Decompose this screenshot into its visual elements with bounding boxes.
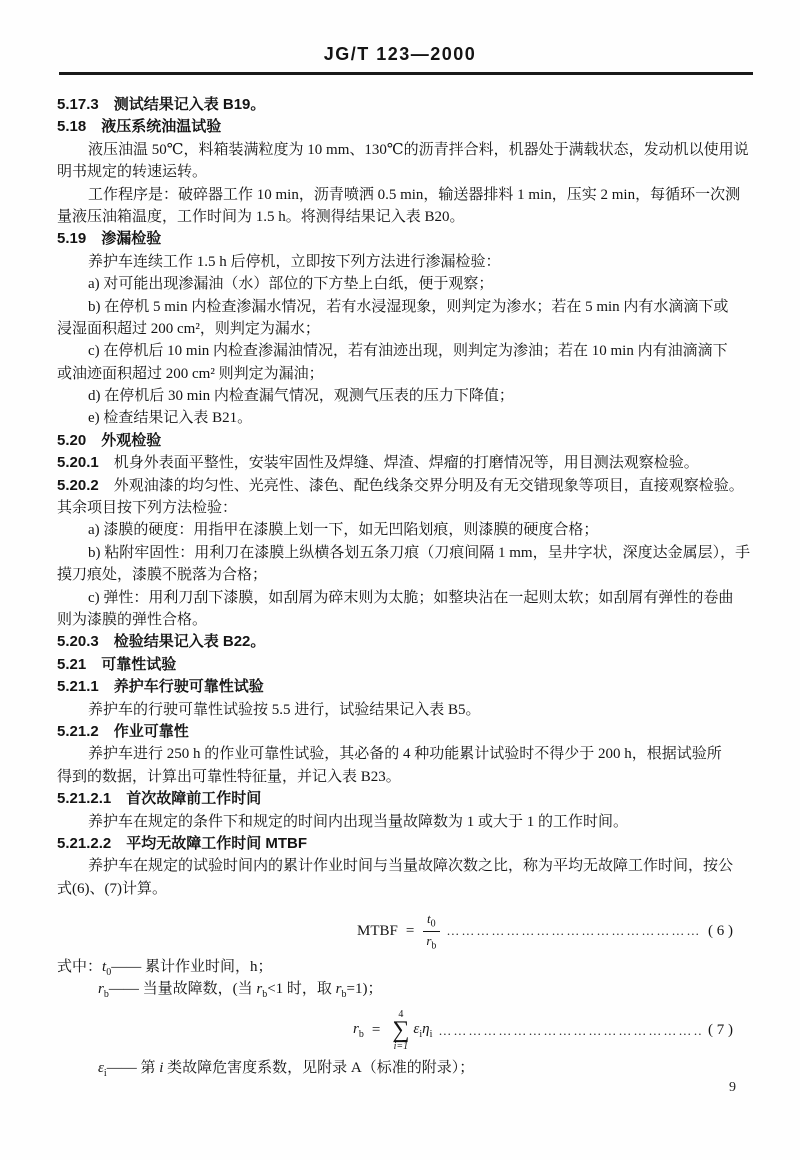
- text-line: 量液压油箱温度，工作时间为 1.5 h。将测得结果记入表 B20。: [57, 206, 749, 228]
- clause-heading-line: 5.17.3 测试结果记入表 B19。: [57, 94, 749, 116]
- dotted-leader: …………………………………………………………………………: [446, 923, 702, 939]
- eta-subscript: i: [430, 1029, 433, 1040]
- equals-sign: =: [406, 923, 414, 940]
- text-line: 5.20.2 外观油漆的均匀性、光亮性、漆色、配色线条交界分明及有无交错现象等项…: [57, 475, 749, 497]
- lhs-subscript: b: [359, 1029, 364, 1040]
- text-line: 养护车的行驶可靠性试验按 5.5 进行，试验结果记入表 B5。: [57, 699, 749, 721]
- lines-section-mid: 式中：t0—— 累计作业时间，h；rb—— 当量故障数，(当 rb<1 时，取 …: [57, 956, 749, 1001]
- clause-heading-line: 5.21.2.2 平均无故障工作时间 MTBF: [57, 833, 749, 855]
- text-line: c) 在停机后 10 min 内检查渗漏油情况，若有油迹出现，则判定为渗油；若在…: [57, 340, 749, 362]
- text-line: 养护车在规定的条件下和规定的时间内出现当量故障数为 1 或大于 1 的工作时间。: [57, 811, 749, 833]
- eta-variable: η: [422, 1021, 429, 1037]
- text-line: 浸湿面积超过 200 cm²，则判定为漏水；: [57, 318, 749, 340]
- text-line: 养护车在规定的试验时间内的累计作业时间与当量故障次数之比，称为平均无故障工作时间…: [57, 855, 749, 877]
- text-line: 摸刀痕处，漆膜不脱落为合格；: [57, 564, 749, 586]
- numerator-subscript: 0: [431, 919, 436, 930]
- page-header-title: JG/T 123—2000: [0, 44, 800, 65]
- lines-section-top: 5.17.3 测试结果记入表 B19。5.18 液压系统油温试验液压油温 50℃…: [57, 94, 749, 900]
- summation-symbol: 4 ∑ i=1: [392, 1010, 409, 1052]
- text-line: 养护车连续工作 1.5 h 后停机，立即按下列方法进行渗漏检验：: [57, 251, 749, 273]
- text-line: 式中：t0—— 累计作业时间，h；: [57, 956, 749, 978]
- text-line: 5.20.1 机身外表面平整性，安装牢固性及焊缝、焊渣、焊瘤的打磨情况等，用目测…: [57, 452, 749, 474]
- fraction: t0 rb: [422, 911, 440, 951]
- clause-heading-line: 5.21 可靠性试验: [57, 654, 749, 676]
- document-page: JG/T 123—2000 5.17.3 测试结果记入表 B19。5.18 液压…: [0, 0, 800, 1160]
- text-line: 则为漆膜的弹性合格。: [57, 609, 749, 631]
- formula-7-lhs: rb: [353, 1021, 364, 1040]
- formula-6-row: MTBF = t0 rb …………………………………………………………………………: [57, 906, 749, 956]
- clause-heading-line: 5.19 渗漏检验: [57, 228, 749, 250]
- text-line: a) 对可能出现渗漏油（水）部位的下方垫上白纸，便于观察；: [57, 273, 749, 295]
- text-line: 工作程序是：破碎器工作 10 min，沥青喷洒 0.5 min，输送器排料 1 …: [57, 184, 749, 206]
- text-line: c) 弹性：用利刀刮下漆膜，如刮屑为碎末则为太脆；如整块沾在一起则太软；如刮屑有…: [57, 587, 749, 609]
- text-line: d) 在停机后 30 min 内检查漏气情况，观测气压表的压力下降值；: [57, 385, 749, 407]
- text-line: b) 粘附牢固性：用利刀在漆膜上纵横各划五条刀痕（刀痕间隔 1 mm，呈井字状，…: [57, 542, 749, 564]
- document-body: 5.17.3 测试结果记入表 B19。5.18 液压系统油温试验液压油温 50℃…: [57, 94, 749, 1079]
- clause-heading-line: 5.21.1 养护车行驶可靠性试验: [57, 676, 749, 698]
- text-line: 式(6)、(7)计算。: [57, 878, 749, 900]
- text-line: e) 检查结果记入表 B21。: [57, 407, 749, 429]
- text-line: rb—— 当量故障数，(当 rb<1 时，取 rb=1)；: [57, 978, 749, 1000]
- text-line: 其余项目按下列方法检验：: [57, 497, 749, 519]
- text-line: εi—— 第 i 类故障危害度系数，见附录 A（标准的附录）；: [57, 1057, 749, 1079]
- formula-6-lhs: MTBF: [357, 923, 398, 940]
- summation-body: εiηi: [413, 1021, 432, 1040]
- fraction-numerator: t0: [423, 911, 440, 932]
- text-line: 明书规定的转速运转。: [57, 161, 749, 183]
- text-line: b) 在停机 5 min 内检查渗漏水情况，若有水浸湿现象，则判定为渗水；若在 …: [57, 296, 749, 318]
- text-line: 液压油温 50℃，料箱装满粒度为 10 mm、130℃的沥青拌合料，机器处于满载…: [57, 139, 749, 161]
- equals-sign: =: [372, 1022, 380, 1039]
- sigma-glyph: ∑: [392, 1020, 409, 1042]
- page-number: 9: [729, 1080, 736, 1096]
- header-rule: [59, 72, 753, 75]
- dotted-leader: …………………………………………………………………………: [438, 1023, 702, 1039]
- equation-number: ( 7 ): [708, 1022, 733, 1039]
- clause-heading-line: 5.20 外观检验: [57, 430, 749, 452]
- formula-7-row: rb = 4 ∑ i=1 εiηi ……………………………………………………………: [57, 1005, 749, 1057]
- clause-heading-line: 5.20.3 检验结果记入表 B22。: [57, 631, 749, 653]
- clause-heading-line: 5.21.2.1 首次故障前工作时间: [57, 788, 749, 810]
- text-line: a) 漆膜的硬度：用指甲在漆膜上划一下，如无凹陷划痕，则漆膜的硬度合格；: [57, 519, 749, 541]
- equation-number: ( 6 ): [708, 923, 733, 940]
- text-line: 或油迹面积超过 200 cm² 则判定为漏油；: [57, 363, 749, 385]
- lines-section-bottom: εi—— 第 i 类故障危害度系数，见附录 A（标准的附录）；: [57, 1057, 749, 1079]
- summation-lower-limit: i=1: [394, 1042, 409, 1052]
- clause-heading-line: 5.21.2 作业可靠性: [57, 721, 749, 743]
- text-line: 得到的数据，计算出可靠性特征量，并记入表 B23。: [57, 766, 749, 788]
- denominator-subscript: b: [431, 940, 436, 951]
- text-line: 养护车进行 250 h 的作业可靠性试验，其必备的 4 种功能累计试验时不得少于…: [57, 743, 749, 765]
- clause-heading-line: 5.18 液压系统油温试验: [57, 116, 749, 138]
- fraction-denominator: rb: [422, 932, 440, 952]
